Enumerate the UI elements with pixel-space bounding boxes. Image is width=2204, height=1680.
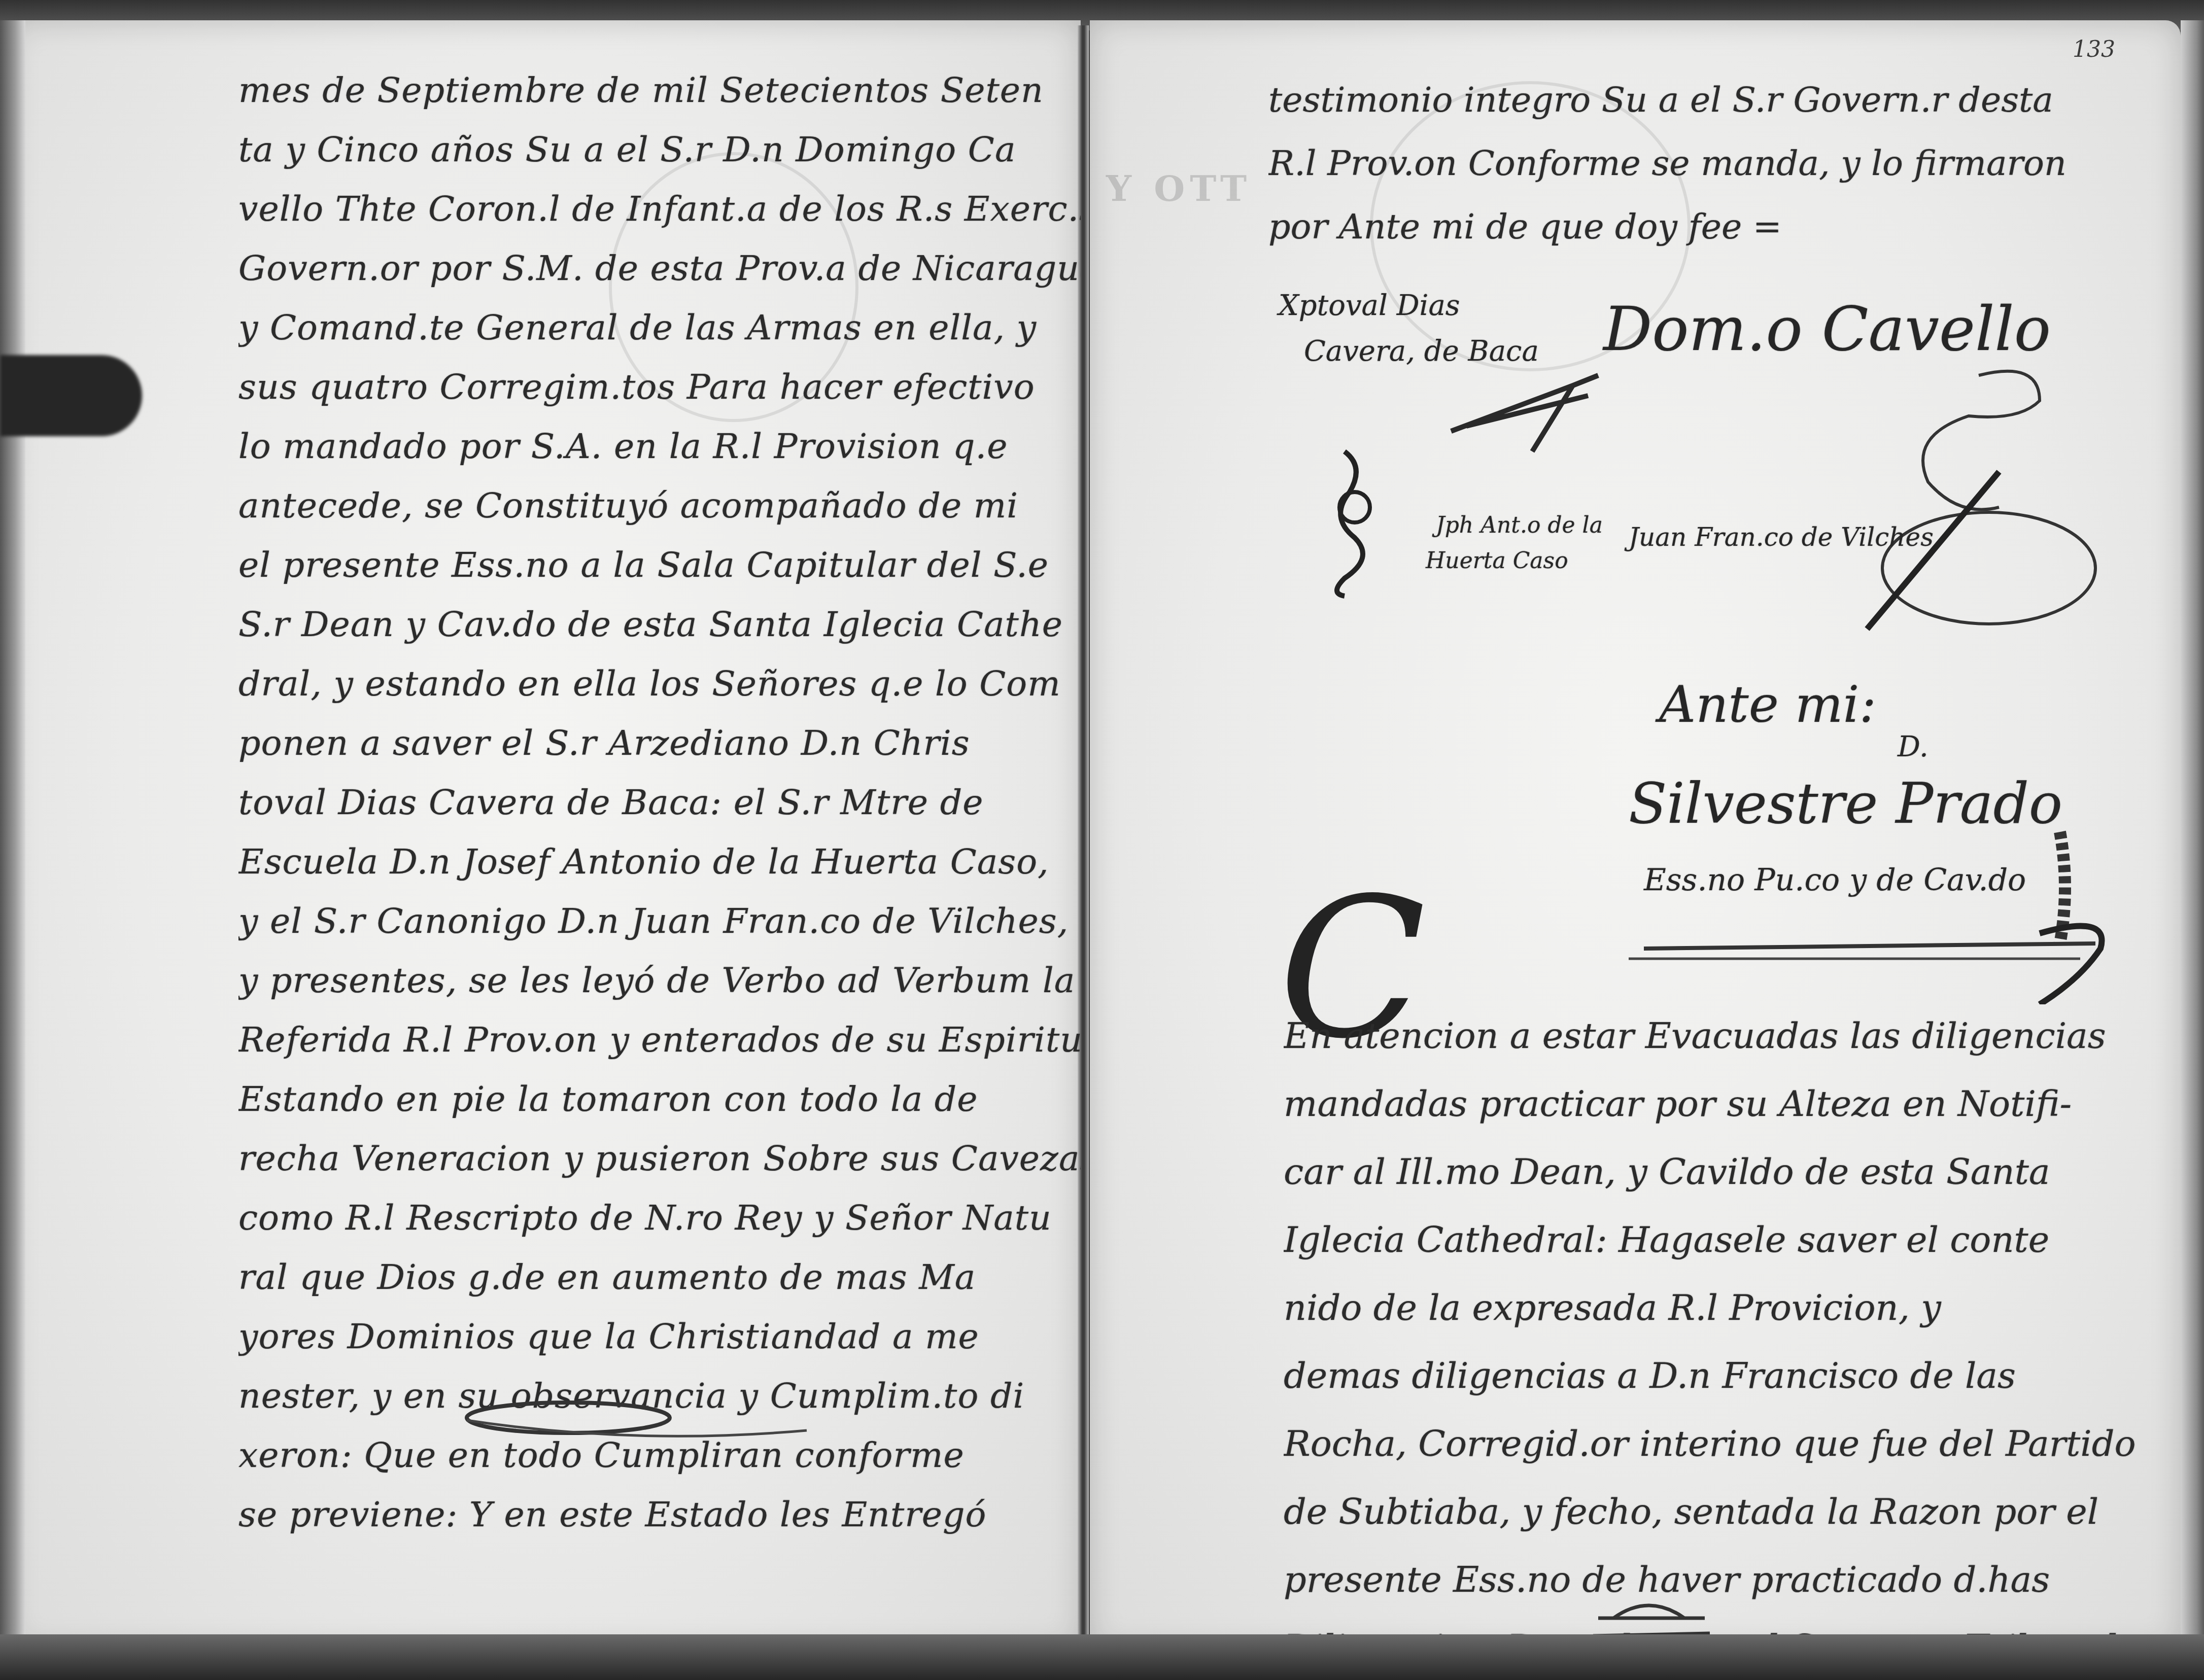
text-line: el presente Ess.no a la Sala Capitular d…: [238, 536, 1081, 595]
left-page-edge: [0, 20, 25, 1659]
text-line: y presentes, se les leyó de Verbo ad Ver…: [238, 951, 1081, 1010]
text-line: recha Veneracion y pusieron Sobre sus Ca…: [238, 1129, 1081, 1188]
text-line: antecede, se Constituyó acompañado de mi: [238, 476, 1081, 536]
right-page-bottom-text: En atencion a estar Evacuadas las dilige…: [1284, 1002, 2156, 1680]
signature-christoval-line1: Xptoval Dias: [1279, 289, 1460, 322]
right-page-edge: [2181, 20, 2204, 1659]
text-line: Referida R.l Prov.on y enterados de su E…: [238, 1010, 1081, 1070]
text-line: Iglecia Cathedral: Hagasele saver el con…: [1284, 1206, 2156, 1274]
text-line: vello Thte Coron.l de Infant.a de los R.…: [238, 180, 1081, 239]
right-page-top-text: testimonio integro Su a el S.r Govern.r …: [1268, 68, 2146, 259]
text-line: Rocha, Corregid.or interino que fue del …: [1284, 1410, 2156, 1478]
text-line: sus quatro Corregim.tos Para hacer efect…: [238, 358, 1081, 417]
rubric-domingo: [1827, 355, 2151, 639]
bottom-scan-shadow: [0, 1634, 2204, 1680]
rubric-christoval: [1446, 365, 1629, 457]
closing-flourish-left: [457, 1390, 812, 1451]
text-line: por Ante mi de que doy fee =: [1268, 195, 2146, 259]
text-line: ral que Dios g.de en aumento de mas Ma: [238, 1248, 1081, 1307]
text-line: dral, y estando en ella los Señores q.e …: [238, 654, 1081, 714]
text-line: ponen a saver el S.r Arzediano D.n Chris: [238, 714, 1081, 773]
text-line: S.r Dean y Cav.do de esta Santa Iglecia …: [238, 595, 1081, 654]
text-line: toval Dias Cavera de Baca: el S.r Mtre d…: [238, 773, 1081, 832]
folio-number: 133: [2073, 37, 2115, 62]
text-line: yores Dominios que la Christiandad a me: [238, 1307, 1081, 1367]
text-line: testimonio integro Su a el S.r Govern.r …: [1268, 68, 2146, 132]
manuscript-spread: Y OTT mes de Septiembre de mil Setecient…: [0, 0, 2204, 1680]
rubric-silvestre: [1624, 812, 2156, 1004]
text-line: lo mandado por S.A. en la R.l Provision …: [238, 417, 1081, 476]
text-line: demas diligencias a D.n Francisco de las: [1284, 1342, 2156, 1410]
text-line: mes de Septiembre de mil Setecientos Set…: [238, 61, 1081, 120]
silvestre-title: D.: [1898, 730, 1928, 763]
signature-domingo-cavello: Dom.o Cavello: [1603, 294, 2051, 365]
text-line: nido de la expresada R.l Provicion, y: [1284, 1274, 2156, 1342]
text-line: ta y Cinco años Su a el S.r D.n Domingo …: [238, 120, 1081, 180]
text-line: como R.l Rescripto de N.ro Rey y Señor N…: [238, 1188, 1081, 1248]
text-line: se previene: Y en este Estado les Entreg…: [238, 1485, 1081, 1545]
text-line: Govern.or por S.M. de esta Prov.a de Nic…: [238, 239, 1081, 298]
signature-christoval-line2: Cavera, de Baca: [1304, 335, 1539, 368]
left-page-text: mes de Septiembre de mil Setecientos Set…: [238, 61, 1081, 1545]
text-line: mandadas practicar por su Alteza en Noti…: [1284, 1070, 2156, 1138]
text-line: Estando en pie la tomaron con todo la de: [238, 1070, 1081, 1129]
bleed-through-stamp: Y OTT: [1106, 167, 1252, 209]
text-line: y el S.r Canonigo D.n Juan Fran.co de Vi…: [238, 892, 1081, 951]
text-line: y Comand.te General de las Armas en ella…: [238, 298, 1081, 358]
signature-antonio-line1: Jph Ant.o de la: [1436, 512, 1603, 538]
text-line: car al Ill.mo Dean, y Cavildo de esta Sa…: [1284, 1138, 2156, 1206]
text-line: En atencion a estar Evacuadas las dilige…: [1284, 1002, 2156, 1070]
text-line: R.l Prov.on Conforme se manda, y lo firm…: [1268, 132, 2146, 195]
rubric-antonio: [1314, 446, 1390, 599]
black-tab-marker: [0, 355, 142, 436]
signature-juan-vilches: Juan Fran.co de Vilches: [1629, 522, 1934, 552]
signature-antonio-line2: Huerta Caso: [1426, 548, 1568, 574]
ante-mi-label: Ante mi:: [1659, 675, 1876, 734]
text-line: Escuela D.n Josef Antonio de la Huerta C…: [238, 832, 1081, 892]
text-line: de Subtiaba, y fecho, sentada la Razon p…: [1284, 1478, 2156, 1546]
